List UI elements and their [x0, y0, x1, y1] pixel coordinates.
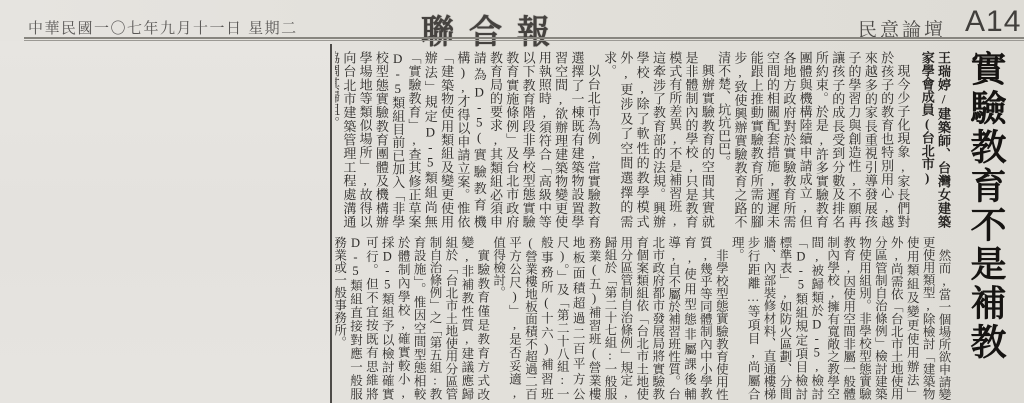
- article-paragraph: 興辦實驗教育的空間其實就是非體制內的學校,只是教育模式有所差異,不是補習班,這牽…: [601, 51, 715, 228]
- newspaper-page: 中華民國一〇七年九月十一日 星期二 聯合報 民意論壇 A14 實驗教育不是補教業…: [0, 0, 1024, 403]
- newspaper-masthead: 聯合報: [421, 6, 565, 53]
- newspaper-header: 中華民國一〇七年九月十一日 星期二 聯合報 民意論壇 A14: [0, 0, 1024, 40]
- article-paragraph: 現今少子化現象,家長們對於孩子的教育也特別用心,越來越多的家長重視引導發展孩子的…: [715, 51, 911, 228]
- clipping-edge-line: [330, 44, 332, 403]
- article-paragraph: 然而,當一個場所欲申請變更使用類型,除檢討「建築物使用類組及變更使用辦法」外,尚…: [728, 236, 951, 400]
- article-body-top-band: 王瑞婷/建築師、台灣女建築家學會成員(台北市) 現今少子化現象,家長們對於孩子的…: [335, 51, 951, 228]
- article-byline: 王瑞婷/建築師、台灣女建築家學會成員(台北市): [918, 51, 951, 228]
- blank-scan-margin: [0, 41, 330, 403]
- page-number: A14: [965, 5, 1021, 39]
- article-body-bottom-band: 然而,當一個場所欲申請變更使用類型,除檢討「建築物使用類組及變更使用辦法」外,尚…: [335, 236, 951, 400]
- article-paragraph: 以台北市為例,當實驗教育選擇了一棟既有建築物設置學習空間,欲辦理建築物變更使用執…: [335, 51, 601, 228]
- article-paragraph: 非學校型態實驗教育使用性質,幾乎等同體制內中小學教育,使用型態非屬課後輔導,自不…: [490, 236, 729, 400]
- article-headline: 實驗教育不是補教業: [957, 50, 1015, 398]
- publication-date: 中華民國一〇七年九月十一日 星期二: [28, 17, 298, 38]
- article-paragraph: 實驗教育僅是教育方式改變,非補教性質,建議應歸組於「台北市土地使用分區管制自治條…: [335, 236, 490, 400]
